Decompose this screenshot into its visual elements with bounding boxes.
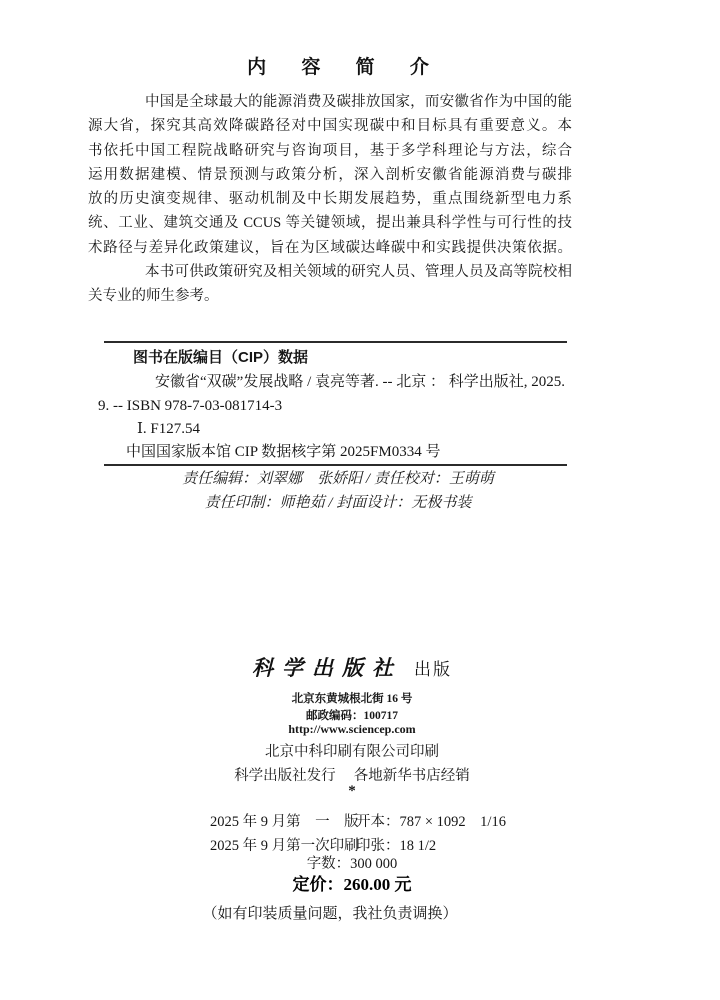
cip-heading: 图书在版编目（CIP）数据 [133,349,308,366]
cip-title-author: 安徽省“双碳”发展战略 / 袁亮等著. -- 北京 ： 科学出版社, 2025. [155,374,565,391]
summary-line: 放的历史演变规律、驱动机制及中长期发展趋势，重点围绕新型电力系 [88,187,572,211]
edition-date: 2025 年 9 月第 一 版 [210,810,356,834]
summary-line: 术路径与差异化政策建议，旨在为区域碳达峰碳中和实践提供决策依据。 [88,236,572,260]
format-spec: 开本：787 × 1092 1/16 [356,810,506,834]
summary-line: 源大省，探究其高效降碳路径对中国实现碳中和目标具有重要意义。本 [88,114,572,138]
summary-line: 中国是全球最大的能源消费及碳排放国家，而安徽省作为中国的能 [88,90,572,114]
separator-asterisk: * [0,783,704,800]
cip-divider-top [104,341,567,343]
summary-line: 书依托中国工程院战略研究与咨询项目，基于多学科理论与方法，综合 [88,139,572,163]
distribution-line: 科学出版社发行 各地新华书店经销 [0,764,704,785]
cip-registration-number: 中国国家版本馆 CIP 数据核字第 2025FM0334 号 [126,444,440,461]
science-press-logo: 科学出版社 [252,656,402,680]
summary-line: 关专业的师生参考。 [88,284,572,308]
cip-classification: Ⅰ. F127.54 [137,421,200,438]
publisher-postcode: 邮政编码：100717 [0,707,704,723]
cip-isbn: 9. -- ISBN 978-7-03-081714-3 [98,398,282,415]
summary-line: 统、工业、建筑交通及 CCUS 等关键领域，提出兼具科学性与可行性的技 [88,211,572,235]
cip-divider-bottom [104,464,567,466]
edition-row: 2025 年 9 月第 一 版 开本：787 × 1092 1/16 [210,810,506,834]
publisher-website: http://www.sciencep.com [0,722,704,737]
book-copyright-page: 内 容 简 介 中国是全球最大的能源消费及碳排放国家，而安徽省作为中国的能 源大… [0,0,720,1000]
content-summary: 中国是全球最大的能源消费及碳排放国家，而安徽省作为中国的能 源大省，探究其高效降… [88,90,572,309]
publisher-address: 北京东黄城根北街 16 号 [0,690,704,706]
price: 定价：260.00 元 [0,870,704,895]
credits-editors: 责任编辑：刘翠娜 张娇阳 / 责任校对：王萌萌 [88,467,588,491]
page-title: 内 容 简 介 [88,52,588,79]
staff-credits: 责任编辑：刘翠娜 张娇阳 / 责任校对：王萌萌 责任印制：师艳茹 / 封面设计：… [88,467,588,515]
summary-line: 运用数据建模、情景预测与政策分析，深入剖析安徽省能源消费与碳排 [88,163,572,187]
publisher-suffix: 出版 [414,660,452,679]
publisher-line: 科学出版社 出版 [0,652,704,682]
summary-line: 本书可供政策研究及相关领域的研究人员、管理人员及高等院校相 [88,260,572,284]
quality-note: （如有印装质量问题，我社负责调换） [88,902,572,923]
printer-line: 北京中科印刷有限公司印刷 [0,740,704,761]
credits-production: 责任印制：师艳茹 / 封面设计：无极书装 [88,491,588,515]
edition-info: 2025 年 9 月第 一 版 开本：787 × 1092 1/16 2025 … [210,810,506,858]
